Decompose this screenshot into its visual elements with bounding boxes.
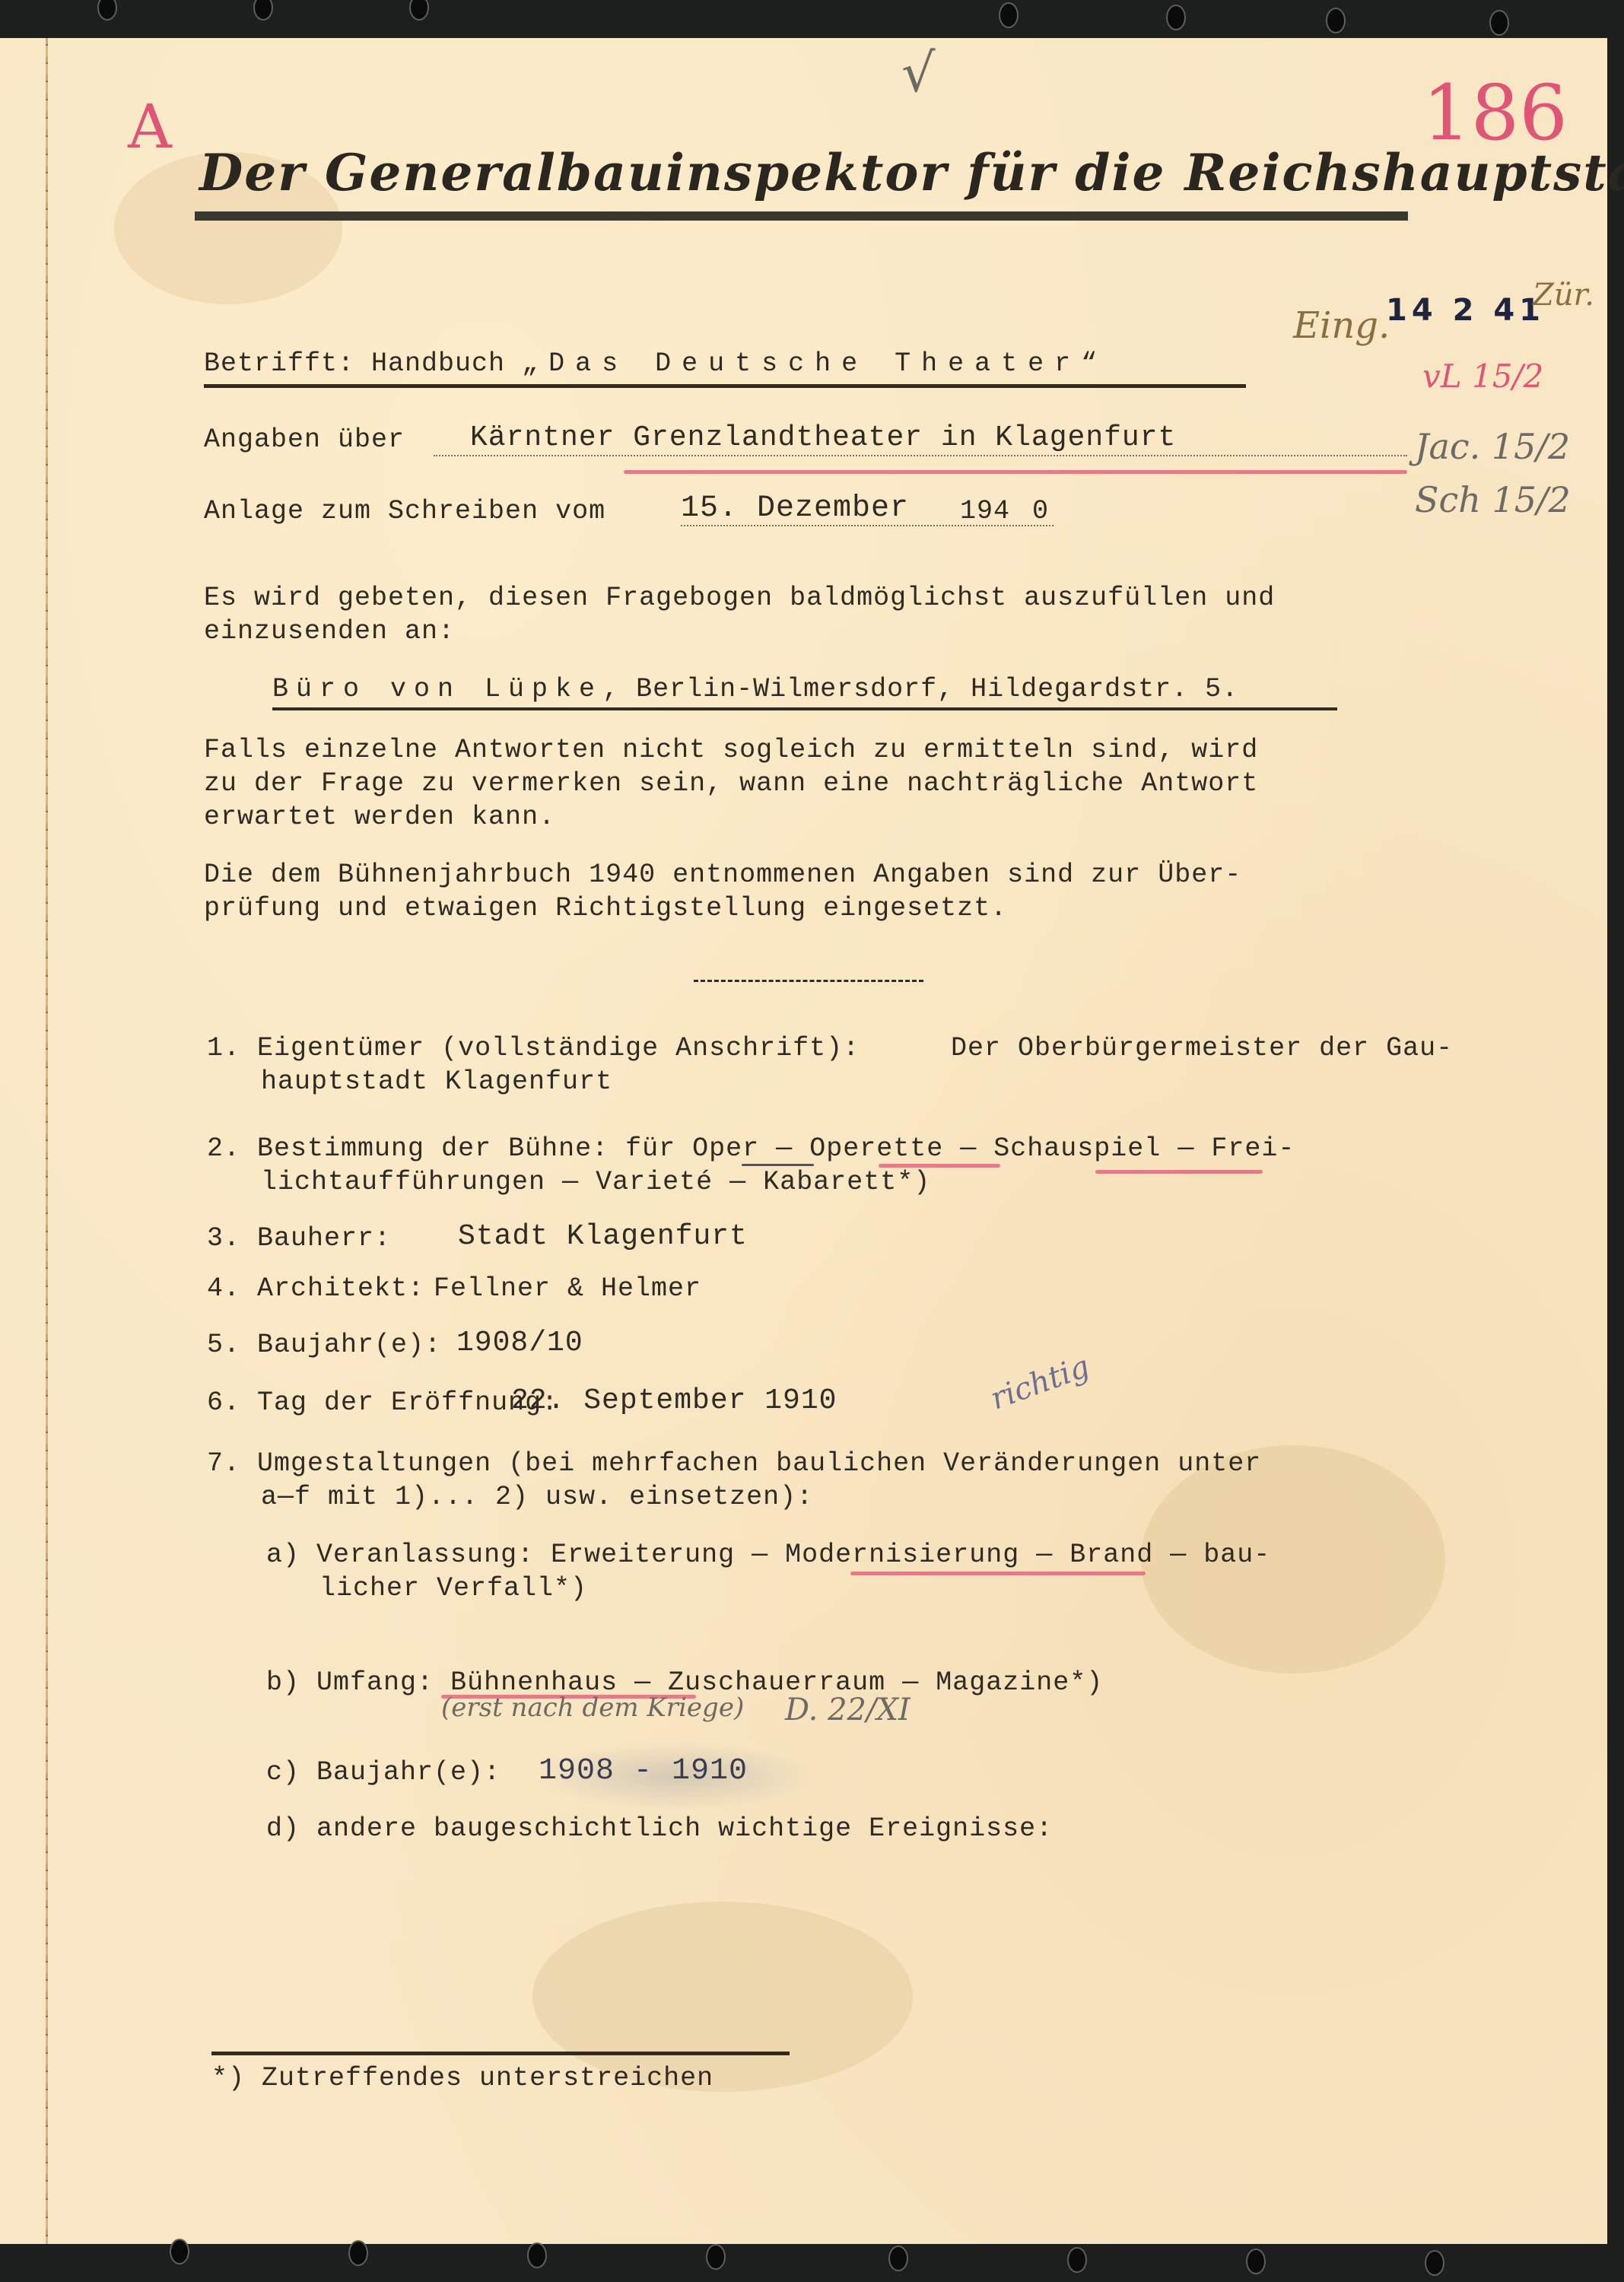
question-4-label: 4. Architekt: — [207, 1273, 424, 1304]
footnote-text: *) Zutreffendes unterstreichen — [211, 2063, 713, 2093]
instructions-para2-line-3: erwartet werden kann. — [204, 802, 555, 832]
red-underline-modernisierung — [850, 1572, 1146, 1575]
question-5-answer: 1908/10 — [456, 1327, 583, 1359]
instructions-line-2: einzusenden an: — [204, 616, 455, 647]
question-7a-line-2: licher Verfall*) — [319, 1573, 587, 1603]
question-7c-answer: 1908 - 1910 — [539, 1754, 748, 1788]
question-7d-label: d) andere baugeschichtlich wichtige Erei… — [266, 1813, 1053, 1844]
subject-title: „Das Deutsche Theater“ — [522, 348, 1108, 379]
about-value: Kärntner Grenzlandtheater in Klagenfurt — [470, 421, 1176, 454]
address-line: Büro von Lüpke, Berlin-Wilmersdorf, Hild… — [272, 674, 1238, 704]
instructions-para3-line-2: prüfung und etwaigen Richtigstellung ein… — [204, 893, 1007, 923]
pencil-check-mark: √ — [901, 42, 936, 104]
red-initial-note: vL 15/2 — [1422, 358, 1543, 395]
eingang-note: Eing. — [1293, 304, 1390, 347]
instructions-para2-line-2: zu der Frage zu vermerken sein, wann ein… — [204, 768, 1258, 799]
attachment-date: 15. Dezember — [681, 491, 909, 526]
question-1-answer-line-2: hauptstadt Klagenfurt — [261, 1066, 612, 1097]
question-7c-label: c) Baujahr(e): — [266, 1757, 501, 1788]
question-3-answer: Stadt Klagenfurt — [458, 1220, 748, 1253]
question-7a-line-1: a) Veranlassung: Erweiterung — Modernisi… — [266, 1540, 1270, 1570]
option-oper: Oper — [692, 1133, 759, 1164]
attachment-label: Anlage zum Schreiben vom — [204, 496, 605, 526]
about-label: Angaben über — [204, 424, 405, 455]
question-6-answer: 22. September 1910 — [511, 1384, 837, 1417]
pencil-note-sch: Sch 15/2 — [1415, 479, 1571, 520]
question-5-label: 5. Baujahr(e): — [207, 1330, 441, 1360]
option-operette: Operette — [809, 1133, 943, 1164]
attachment-year-digit: 0 — [1032, 496, 1049, 526]
binder-top-edge — [0, 0, 1624, 38]
pencil-note-jac: Jac. 15/2 — [1415, 426, 1570, 467]
red-underline-operette — [879, 1164, 1000, 1168]
question-4-answer: Fellner & Helmer — [434, 1273, 701, 1304]
subject-label: Betrifft: Handbuch — [204, 348, 505, 379]
footnote-rule — [211, 2052, 790, 2055]
option-modernisierung: Modernisierung — [785, 1540, 1019, 1570]
question-1-label: 1. Eigentümer (vollständige Anschrift): — [207, 1033, 860, 1063]
pencil-underline-oper — [742, 1164, 814, 1166]
red-underline-theater — [624, 470, 1407, 474]
corner-letter-mark: A — [128, 91, 172, 162]
letterhead-rule — [195, 211, 1408, 221]
about-fill-line — [434, 455, 1407, 456]
received-date-stamp: 14 2 41 — [1386, 293, 1545, 328]
question-3-label: 3. Bauherr: — [207, 1223, 391, 1254]
instructions-para3-line-1: Die dem Bühnenjahrbuch 1940 entnommenen … — [204, 860, 1241, 890]
question-7-line-1: 7. Umgestaltungen (bei mehrfachen baulic… — [207, 1448, 1261, 1479]
address-underline — [272, 707, 1337, 710]
handwritten-note-nach-dem-kriege: (erst nach dem Kriege) — [441, 1692, 744, 1723]
subject-line: Betrifft: Handbuch „Das Deutsche Theater… — [204, 348, 1108, 379]
instructions-line-1: Es wird gebeten, diesen Fragebogen baldm… — [204, 583, 1275, 613]
question-2-line-2: lichtaufführungen — Varieté — Kabarett*) — [261, 1167, 930, 1197]
question-7-line-2: a—f mit 1)... 2) usw. einsetzen): — [261, 1482, 813, 1512]
address-name: Büro von Lüpke — [272, 674, 602, 704]
question-6-label: 6. Tag der Eröffnung: — [207, 1387, 558, 1418]
binding-crease — [46, 38, 48, 2244]
handwritten-signature-d: D. 22/XI — [785, 1692, 911, 1727]
binder-bottom-edge — [0, 2244, 1624, 2282]
question-2-line-1: 2. Bestimmung der Bühne: für Oper — Oper… — [207, 1133, 1295, 1164]
option-schauspiel: Schauspiel — [993, 1133, 1161, 1164]
initials-note: Zür. — [1533, 278, 1594, 313]
subject-underline — [204, 384, 1246, 388]
red-underline-schauspiel — [1095, 1170, 1263, 1174]
question-1-answer-line-1: Der Oberbürgermeister der Gau- — [951, 1033, 1453, 1063]
attachment-year-prefix: 194 — [960, 496, 1010, 526]
instructions-para2-line-1: Falls einzelne Antworten nicht sogleich … — [204, 735, 1258, 765]
address-rest: , Berlin-Wilmersdorf, Hildegardstr. 5. — [602, 674, 1238, 704]
letterhead-title: Der Generalbauinspektor für die Reichsha… — [199, 143, 1624, 202]
section-separator — [694, 980, 923, 982]
